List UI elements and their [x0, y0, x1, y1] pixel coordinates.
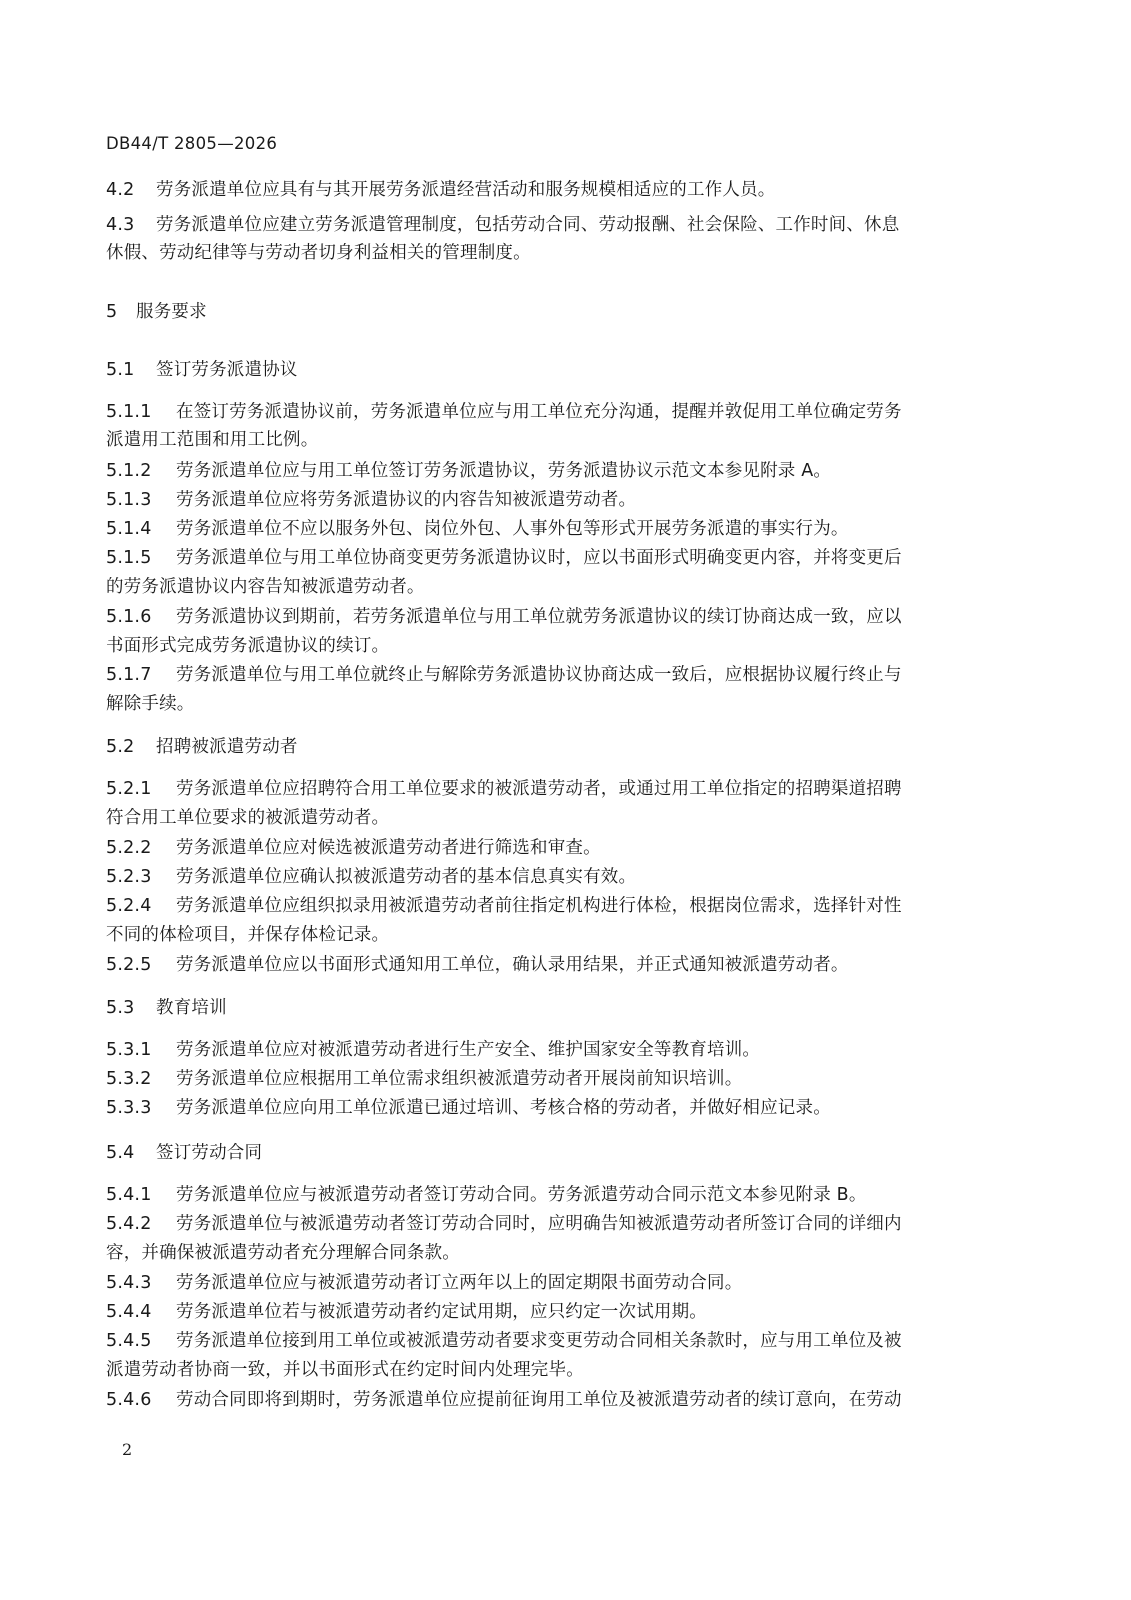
clause-line: 5.1.5劳务派遣单位与用工单位协商变更劳务派遣协议时，应以书面形式明确变更内容… — [106, 547, 986, 569]
clause-text: 劳务派遣单位应对候选被派遣劳动者进行筛选和审查。 — [176, 838, 601, 858]
clause-text: 签订劳务派遣协议 — [156, 360, 298, 380]
section-heading: 5.3教育培训 — [106, 997, 986, 1019]
clause-continuation: 派遣劳动者协商一致，并以书面形式在约定时间内处理完毕。 — [106, 1359, 986, 1381]
clause-number: 5.2.4 — [106, 895, 176, 917]
clause-line: 5.2.5劳务派遣单位应以书面形式通知用工单位，确认录用结果，并正式通知被派遣劳… — [106, 954, 986, 976]
clause-number: 5.3.2 — [106, 1068, 176, 1090]
clause-number: 4.2 — [106, 179, 156, 201]
clause-number: 5.2.3 — [106, 866, 176, 888]
clause-text: 教育培训 — [156, 998, 227, 1018]
clause-line: 5.3.1劳务派遣单位应对被派遣劳动者进行生产安全、维护国家安全等教育培训。 — [106, 1039, 986, 1061]
clause-line: 5.2.4劳务派遣单位应组织拟录用被派遣劳动者前往指定机构进行体检，根据岗位需求… — [106, 895, 986, 917]
clause-text: 劳务派遣单位应对被派遣劳动者进行生产安全、维护国家安全等教育培训。 — [176, 1040, 760, 1060]
clause-line: 5.4.6劳动合同即将到期时，劳务派遣单位应提前征询用工单位及被派遣劳动者的续订… — [106, 1389, 986, 1411]
clause-line: 5.2.3劳务派遣单位应确认拟被派遣劳动者的基本信息真实有效。 — [106, 866, 986, 888]
clause-continuation: 容，并确保被派遣劳动者充分理解合同条款。 — [106, 1242, 986, 1264]
clause-text: 劳务派遣单位应具有与其开展劳务派遣经营活动和服务规模相适应的工作人员。 — [156, 180, 776, 200]
clause-continuation: 休假、劳动纪律等与劳动者切身利益相关的管理制度。 — [106, 242, 986, 264]
clause-line: 5.1.2劳务派遣单位应与用工单位签订劳务派遣协议，劳务派遣协议示范文本参见附录… — [106, 460, 986, 482]
clause-line: 5.2.1劳务派遣单位应招聘符合用工单位要求的被派遣劳动者，或通过用工单位指定的… — [106, 778, 986, 800]
clause-number: 5.2 — [106, 736, 156, 758]
clause-number: 5.4.6 — [106, 1389, 176, 1411]
clause-line: 5.3.3劳务派遣单位应向用工单位派遣已通过培训、考核合格的劳动者，并做好相应记… — [106, 1097, 986, 1119]
clause-text: 劳务派遣单位应根据用工单位需求组织被派遣劳动者开展岗前知识培训。 — [176, 1069, 742, 1089]
clause-number: 5.3 — [106, 997, 156, 1019]
document-page: DB44/T 2805—2026 4.2劳务派遣单位应具有与其开展劳务派遣经营活… — [0, 0, 1131, 1600]
clause-number: 5.2.1 — [106, 778, 176, 800]
clause-text: 派遣用工范围和用工比例。 — [106, 430, 318, 450]
clause-text: 劳务派遣单位应与用工单位签订劳务派遣协议，劳务派遣协议示范文本参见附录 A。 — [176, 461, 831, 481]
clause-number: 5.1.2 — [106, 460, 176, 482]
section-heading: 5.2招聘被派遣劳动者 — [106, 736, 986, 758]
clause-text: 劳务派遣单位应组织拟录用被派遣劳动者前往指定机构进行体检，根据岗位需求，选择针对… — [176, 896, 902, 916]
clause-text: 容，并确保被派遣劳动者充分理解合同条款。 — [106, 1243, 460, 1263]
clause-text: 劳务派遣单位应将劳务派遣协议的内容告知被派遣劳动者。 — [176, 490, 636, 510]
clause-text: 符合用工单位要求的被派遣劳动者。 — [106, 808, 389, 828]
clause-line: 4.3劳务派遣单位应建立劳务派遣管理制度，包括劳动合同、劳动报酬、社会保险、工作… — [106, 214, 986, 236]
clause-continuation: 书面形式完成劳务派遣协议的续订。 — [106, 635, 986, 657]
clause-line: 5.1.3劳务派遣单位应将劳务派遣协议的内容告知被派遣劳动者。 — [106, 489, 986, 511]
clause-text: 休假、劳动纪律等与劳动者切身利益相关的管理制度。 — [106, 243, 531, 263]
clause-continuation: 派遣用工范围和用工比例。 — [106, 429, 986, 451]
clause-text: 在签订劳务派遣协议前，劳务派遣单位应与用工单位充分沟通，提醒并敦促用工单位确定劳… — [176, 402, 902, 422]
clause-number: 5 — [106, 301, 136, 323]
clause-line: 5.4.1劳务派遣单位应与被派遣劳动者签订劳动合同。劳务派遣劳动合同示范文本参见… — [106, 1184, 986, 1206]
clause-number: 5.4 — [106, 1142, 156, 1164]
clause-line: 5.4.3劳务派遣单位应与被派遣劳动者订立两年以上的固定期限书面劳动合同。 — [106, 1272, 986, 1294]
clause-text: 劳动合同即将到期时，劳务派遣单位应提前征询用工单位及被派遣劳动者的续订意向，在劳… — [176, 1390, 902, 1410]
clause-text: 劳务派遣单位应与被派遣劳动者订立两年以上的固定期限书面劳动合同。 — [176, 1273, 742, 1293]
clause-line: 4.2劳务派遣单位应具有与其开展劳务派遣经营活动和服务规模相适应的工作人员。 — [106, 179, 986, 201]
clause-line: 5.4.5劳务派遣单位接到用工单位或被派遣劳动者要求变更劳动合同相关条款时，应与… — [106, 1330, 986, 1352]
clause-line: 5.1.1在签订劳务派遣协议前，劳务派遣单位应与用工单位充分沟通，提醒并敦促用工… — [106, 401, 986, 423]
clause-continuation: 不同的体检项目，并保存体检记录。 — [106, 924, 986, 946]
clause-line: 5.2.2劳务派遣单位应对候选被派遣劳动者进行筛选和审查。 — [106, 837, 986, 859]
clause-number: 5.1 — [106, 359, 156, 381]
clause-text: 劳务派遣单位与用工单位就终止与解除劳务派遣协议协商达成一致后，应根据协议履行终止… — [176, 665, 902, 685]
clause-text: 劳务派遣单位与被派遣劳动者签订劳动合同时，应明确告知被派遣劳动者所签订合同的详细… — [176, 1214, 902, 1234]
document-code-header: DB44/T 2805—2026 — [106, 134, 277, 153]
clause-text: 劳务派遣单位应招聘符合用工单位要求的被派遣劳动者，或通过用工单位指定的招聘渠道招… — [176, 779, 902, 799]
section-heading: 5服务要求 — [106, 301, 986, 323]
clause-number: 5.3.3 — [106, 1097, 176, 1119]
clause-continuation: 的劳务派遣协议内容告知被派遣劳动者。 — [106, 576, 986, 598]
clause-number: 5.1.4 — [106, 518, 176, 540]
clause-text: 劳务派遣单位与用工单位协商变更劳务派遣协议时，应以书面形式明确变更内容，并将变更… — [176, 548, 902, 568]
clause-text: 劳务派遣单位应向用工单位派遣已通过培训、考核合格的劳动者，并做好相应记录。 — [176, 1098, 831, 1118]
clause-text: 劳务派遣单位应确认拟被派遣劳动者的基本信息真实有效。 — [176, 867, 636, 887]
clause-number: 5.2.5 — [106, 954, 176, 976]
clause-text: 劳务派遣单位应建立劳务派遣管理制度，包括劳动合同、劳动报酬、社会保险、工作时间、… — [156, 215, 899, 235]
clause-number: 5.4.4 — [106, 1301, 176, 1323]
clause-number: 5.3.1 — [106, 1039, 176, 1061]
clause-text: 劳务派遣单位不应以服务外包、岗位外包、人事外包等形式开展劳务派遣的事实行为。 — [176, 519, 849, 539]
clause-number: 5.2.2 — [106, 837, 176, 859]
clause-line: 5.4.4劳务派遣单位若与被派遣劳动者约定试用期，应只约定一次试用期。 — [106, 1301, 986, 1323]
clause-text: 劳务派遣单位若与被派遣劳动者约定试用期，应只约定一次试用期。 — [176, 1302, 707, 1322]
clause-text: 的劳务派遣协议内容告知被派遣劳动者。 — [106, 577, 425, 597]
clause-text: 解除手续。 — [106, 694, 195, 714]
clause-line: 5.1.7劳务派遣单位与用工单位就终止与解除劳务派遣协议协商达成一致后，应根据协… — [106, 664, 986, 686]
clause-text: 服务要求 — [136, 302, 207, 322]
clause-text: 招聘被派遣劳动者 — [156, 737, 298, 757]
clause-number: 5.4.3 — [106, 1272, 176, 1294]
clause-number: 5.1.5 — [106, 547, 176, 569]
clause-text: 不同的体检项目，并保存体检记录。 — [106, 925, 389, 945]
clause-number: 4.3 — [106, 214, 156, 236]
clause-number: 5.1.1 — [106, 401, 176, 423]
section-heading: 5.1签订劳务派遣协议 — [106, 359, 986, 381]
clause-number: 5.1.3 — [106, 489, 176, 511]
clause-text: 劳务派遣单位应以书面形式通知用工单位，确认录用结果，并正式通知被派遣劳动者。 — [176, 955, 849, 975]
clause-number: 5.4.2 — [106, 1213, 176, 1235]
clause-line: 5.1.4劳务派遣单位不应以服务外包、岗位外包、人事外包等形式开展劳务派遣的事实… — [106, 518, 986, 540]
clause-line: 5.4.2劳务派遣单位与被派遣劳动者签订劳动合同时，应明确告知被派遣劳动者所签订… — [106, 1213, 986, 1235]
clause-text: 劳务派遣协议到期前，若劳务派遣单位与用工单位就劳务派遣协议的续订协商达成一致，应… — [176, 607, 902, 627]
clause-continuation: 解除手续。 — [106, 693, 986, 715]
page-number: 2 — [122, 1440, 132, 1459]
clause-text: 书面形式完成劳务派遣协议的续订。 — [106, 636, 389, 656]
clause-line: 5.1.6劳务派遣协议到期前，若劳务派遣单位与用工单位就劳务派遣协议的续订协商达… — [106, 606, 986, 628]
section-heading: 5.4签订劳动合同 — [106, 1142, 986, 1164]
clause-text: 派遣劳动者协商一致，并以书面形式在约定时间内处理完毕。 — [106, 1360, 584, 1380]
clause-continuation: 符合用工单位要求的被派遣劳动者。 — [106, 807, 986, 829]
clause-number: 5.4.1 — [106, 1184, 176, 1206]
clause-number: 5.1.7 — [106, 664, 176, 686]
clause-number: 5.4.5 — [106, 1330, 176, 1352]
clause-text: 签订劳动合同 — [156, 1143, 262, 1163]
clause-line: 5.3.2劳务派遣单位应根据用工单位需求组织被派遣劳动者开展岗前知识培训。 — [106, 1068, 986, 1090]
clause-text: 劳务派遣单位应与被派遣劳动者签订劳动合同。劳务派遣劳动合同示范文本参见附录 B。 — [176, 1185, 867, 1205]
clause-number: 5.1.6 — [106, 606, 176, 628]
clause-text: 劳务派遣单位接到用工单位或被派遣劳动者要求变更劳动合同相关条款时，应与用工单位及… — [176, 1331, 902, 1351]
